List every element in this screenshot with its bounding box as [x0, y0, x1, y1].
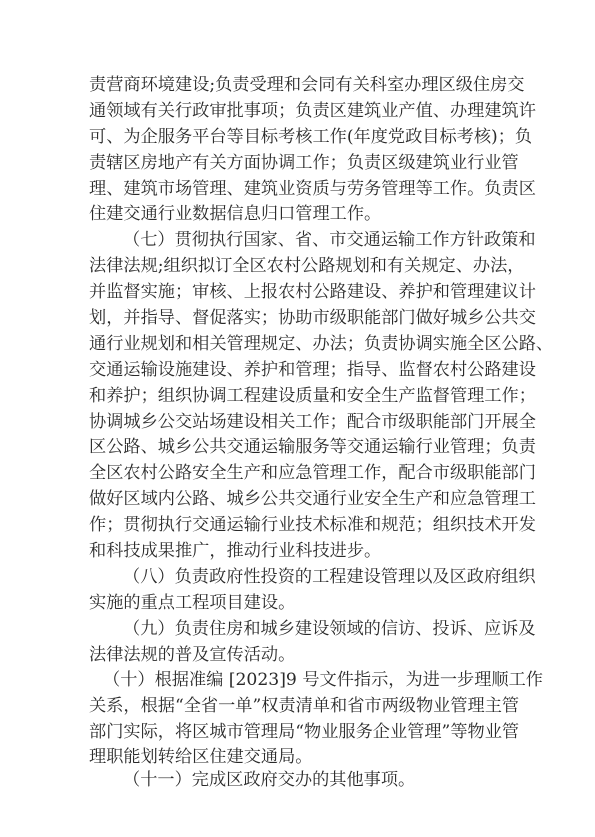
text-line: （十一）完成区政府交办的其他事项。: [89, 769, 505, 792]
paragraph-item-10: （十）根据准编 [2023]9 号文件指示，为进一步理顺工作 关系，根据“全省一…: [89, 668, 505, 769]
text-line: 划，并指导、督促落实；协助市级职能部门做好城乡公共交: [89, 306, 505, 332]
document-body: 责营商环境建设;负责受理和会同有关科室办理区级住房交 通领域有关行政审批事项；负…: [89, 73, 505, 792]
paragraph-item-8: （八）负责政府性投资的工程建设管理以及区政府组织 实施的重点工程项目建设。: [89, 565, 505, 617]
text-line: （十）根据准编 [2023]9 号文件指示，为进一步理顺工作: [89, 668, 505, 694]
text-line: 法律法规的普及宣传活动。: [89, 643, 505, 669]
text-line: 理、建筑市场管理、建筑业资质与劳务管理等工作。负责区: [89, 177, 505, 203]
text-line: （九）负责住房和城乡建设领域的信访、投诉、应诉及: [89, 617, 505, 643]
text-line: 责营商环境建设;负责受理和会同有关科室办理区级住房交: [89, 73, 505, 99]
paragraph-item-11: （十一）完成区政府交办的其他事项。: [89, 769, 505, 792]
text-line: 关系，根据“全省一单”权责清单和省市两级物业管理主管: [89, 694, 505, 720]
text-line: 和科技成果推广，推动行业科技进步。: [89, 539, 505, 565]
text-line: 协调城乡公交站场建设相关工作；配合市级职能部门开展全: [89, 410, 505, 436]
text-line: （七）贯彻执行国家、省、市交通运输工作方针政策和: [89, 228, 505, 254]
text-line: 通行业规划和相关管理规定、办法；负责协调实施全区公路、: [89, 332, 505, 358]
text-line: 责辖区房地产有关方面协调工作；负责区级建筑业行业管: [89, 151, 505, 177]
paragraph-item-7: （七）贯彻执行国家、省、市交通运输工作方针政策和 法律法规;组织拟订全区农村公路…: [89, 228, 505, 565]
text-line: 可、为企服务平台等目标考核工作(年度党政目标考核)；负: [89, 125, 505, 151]
text-line: 全区农村公路安全生产和应急管理工作，配合市级职能部门: [89, 461, 505, 487]
text-line: 部门实际，将区城市管理局“物业服务企业管理”等物业管: [89, 720, 505, 746]
text-line: 住建交通行业数据信息归口管理工作。: [89, 202, 505, 228]
text-line: （八）负责政府性投资的工程建设管理以及区政府组织: [89, 565, 505, 591]
text-line: 交通运输设施建设、养护和管理；指导、监督农村公路建设: [89, 358, 505, 384]
document-page: 责营商环境建设;负责受理和会同有关科室办理区级住房交 通领域有关行政审批事项；负…: [0, 0, 595, 837]
text-line: 做好区域内公路、城乡公共交通行业安全生产和应急管理工: [89, 487, 505, 513]
text-line: 通领域有关行政审批事项；负责区建筑业产值、办理建筑许: [89, 99, 505, 125]
text-line: 和养护；组织协调工程建设质量和安全生产监督管理工作；: [89, 384, 505, 410]
text-line: 法律法规;组织拟订全区农村公路规划和有关规定、办法，: [89, 254, 505, 280]
text-line: 作；贯彻执行交通运输行业技术标准和规范；组织技术开发: [89, 513, 505, 539]
text-line: 区公路、城乡公共交通运输服务等交通运输行业管理；负责: [89, 435, 505, 461]
paragraph-item-9: （九）负责住房和城乡建设领域的信访、投诉、应诉及 法律法规的普及宣传活动。: [89, 617, 505, 669]
text-line: 实施的重点工程项目建设。: [89, 591, 505, 617]
paragraph-item-6-continued: 责营商环境建设;负责受理和会同有关科室办理区级住房交 通领域有关行政审批事项；负…: [89, 73, 505, 228]
text-line: 并监督实施；审核、上报农村公路建设、养护和管理建议计: [89, 280, 505, 306]
text-line: 理职能划转给区住建交通局。: [89, 746, 505, 769]
